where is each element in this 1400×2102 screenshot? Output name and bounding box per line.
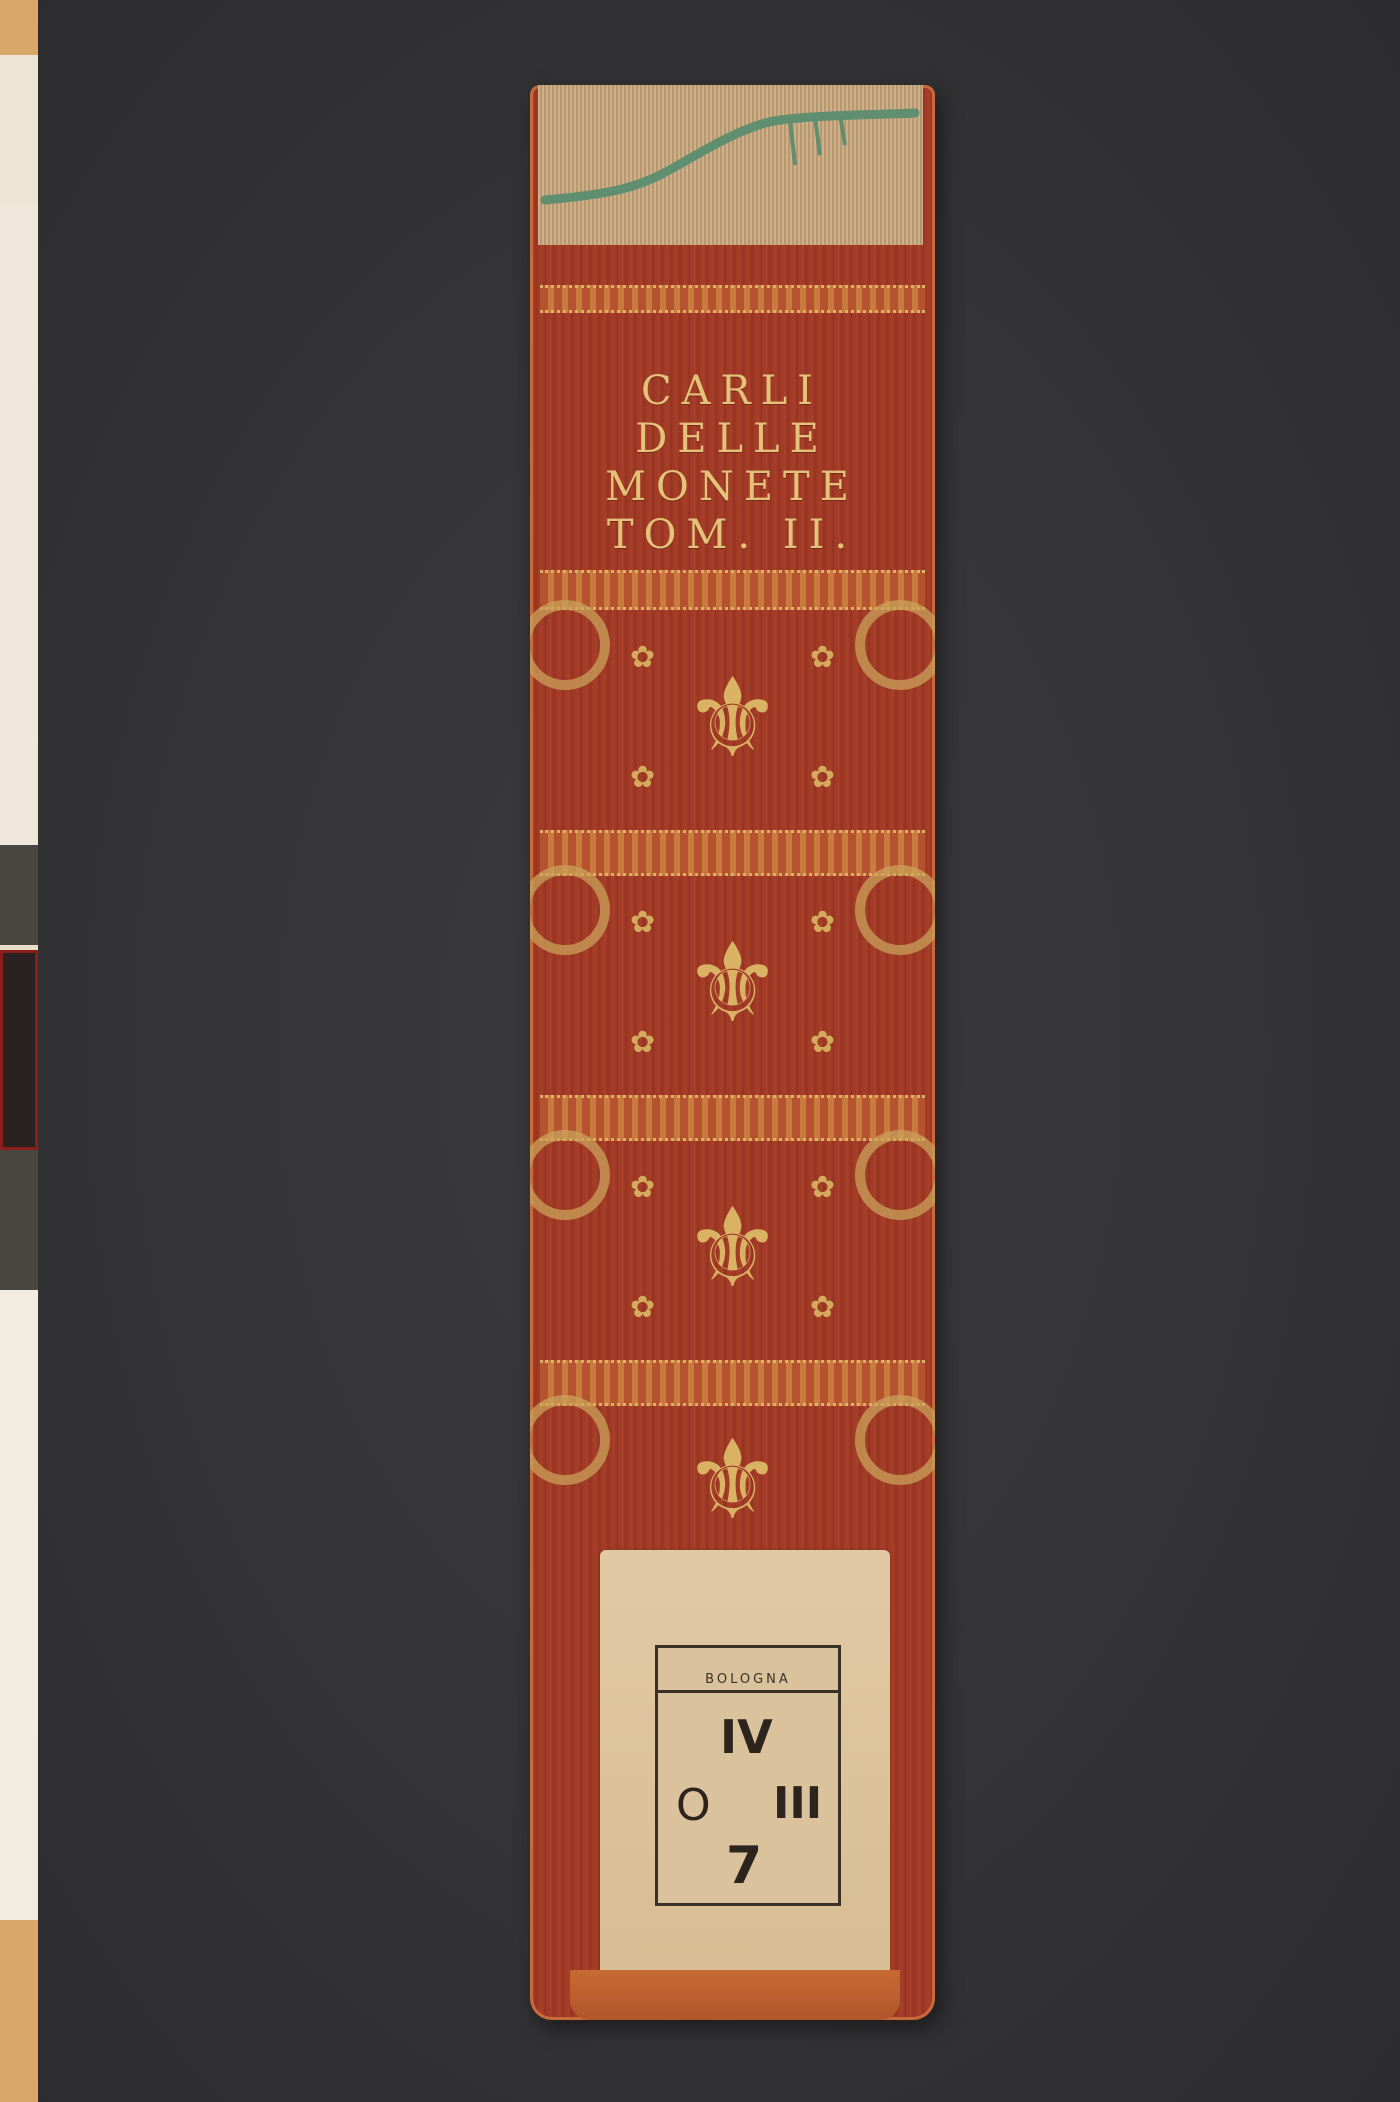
fleur-de-lis-icon: ⚜ bbox=[683, 663, 782, 773]
raised-band bbox=[540, 830, 925, 876]
rosette-icon: ✿ bbox=[630, 1170, 655, 1205]
strip-white-segment bbox=[0, 1290, 38, 1920]
gilt-band bbox=[540, 285, 925, 313]
corner-scroll-icon bbox=[530, 600, 610, 690]
raised-band bbox=[540, 1095, 925, 1141]
strip-white-segment bbox=[0, 205, 38, 845]
corner-scroll-icon bbox=[855, 600, 935, 690]
rosette-icon: ✿ bbox=[630, 640, 655, 675]
rosette-icon: ✿ bbox=[810, 1170, 835, 1205]
ornament-panel-1: ✿ ✿ ✿ ✿ ⚜ bbox=[540, 610, 925, 825]
shelfmark-row2-left: O bbox=[676, 1780, 711, 1831]
shelfmark-row2-right: III bbox=[773, 1778, 822, 1829]
fleur-de-lis-icon: ⚜ bbox=[683, 1425, 782, 1535]
green-thread-icon bbox=[540, 105, 920, 215]
corner-scroll-icon bbox=[530, 1130, 610, 1220]
strip-tan-segment bbox=[0, 0, 38, 55]
shelfmark-stamp: BOLOGNA IV O III 7 bbox=[655, 1645, 841, 1906]
rosette-icon: ✿ bbox=[810, 760, 835, 795]
rosette-icon: ✿ bbox=[810, 905, 835, 940]
stamp-header: BOLOGNA bbox=[658, 1648, 838, 1693]
fleur-de-lis-icon: ⚜ bbox=[683, 928, 782, 1038]
strip-tan-segment bbox=[0, 1920, 38, 2102]
ornament-panel-2: ✿ ✿ ✿ ✿ ⚜ bbox=[540, 875, 925, 1090]
ornament-panel-3: ✿ ✿ ✿ ✿ ⚜ bbox=[540, 1140, 925, 1355]
rosette-icon: ✿ bbox=[810, 1025, 835, 1060]
corner-scroll-icon bbox=[530, 1395, 610, 1485]
ornament-panel-4: ⚜ bbox=[540, 1405, 925, 1555]
strip-dark-segment bbox=[0, 1150, 38, 1290]
raised-band bbox=[540, 1360, 925, 1406]
shelfmark-row1: IV bbox=[720, 1710, 773, 1764]
book-spine: CARLI DELLE MONETE TOM. II. ✿ ✿ ✿ ✿ ⚜ ✿ … bbox=[530, 85, 935, 2020]
corner-scroll-icon bbox=[530, 865, 610, 955]
shelfmark-row3: 7 bbox=[726, 1836, 762, 1896]
strip-white-segment bbox=[0, 55, 38, 205]
corner-scroll-icon bbox=[855, 1130, 935, 1220]
title-line-delle: DELLE bbox=[635, 415, 829, 463]
rosette-icon: ✿ bbox=[630, 905, 655, 940]
rosette-icon: ✿ bbox=[630, 1025, 655, 1060]
strip-red-box bbox=[0, 950, 38, 1150]
rosette-icon: ✿ bbox=[810, 1290, 835, 1325]
tailcap bbox=[570, 1970, 900, 2020]
library-shelf-label: BOLOGNA IV O III 7 bbox=[600, 1550, 890, 1985]
rosette-icon: ✿ bbox=[630, 1290, 655, 1325]
spine-title-label: CARLI DELLE MONETE TOM. II. bbox=[572, 368, 892, 558]
title-line-monete: MONETE bbox=[605, 463, 859, 511]
title-line-volume: TOM. II. bbox=[607, 511, 857, 559]
title-line-author: CARLI bbox=[641, 367, 823, 415]
left-edge-strip bbox=[0, 0, 38, 2102]
rosette-icon: ✿ bbox=[810, 640, 835, 675]
fleur-de-lis-icon: ⚜ bbox=[683, 1193, 782, 1303]
corner-scroll-icon bbox=[855, 1395, 935, 1485]
corner-scroll-icon bbox=[855, 865, 935, 955]
strip-dark-segment bbox=[0, 845, 38, 945]
rosette-icon: ✿ bbox=[630, 760, 655, 795]
raised-band bbox=[540, 570, 925, 610]
